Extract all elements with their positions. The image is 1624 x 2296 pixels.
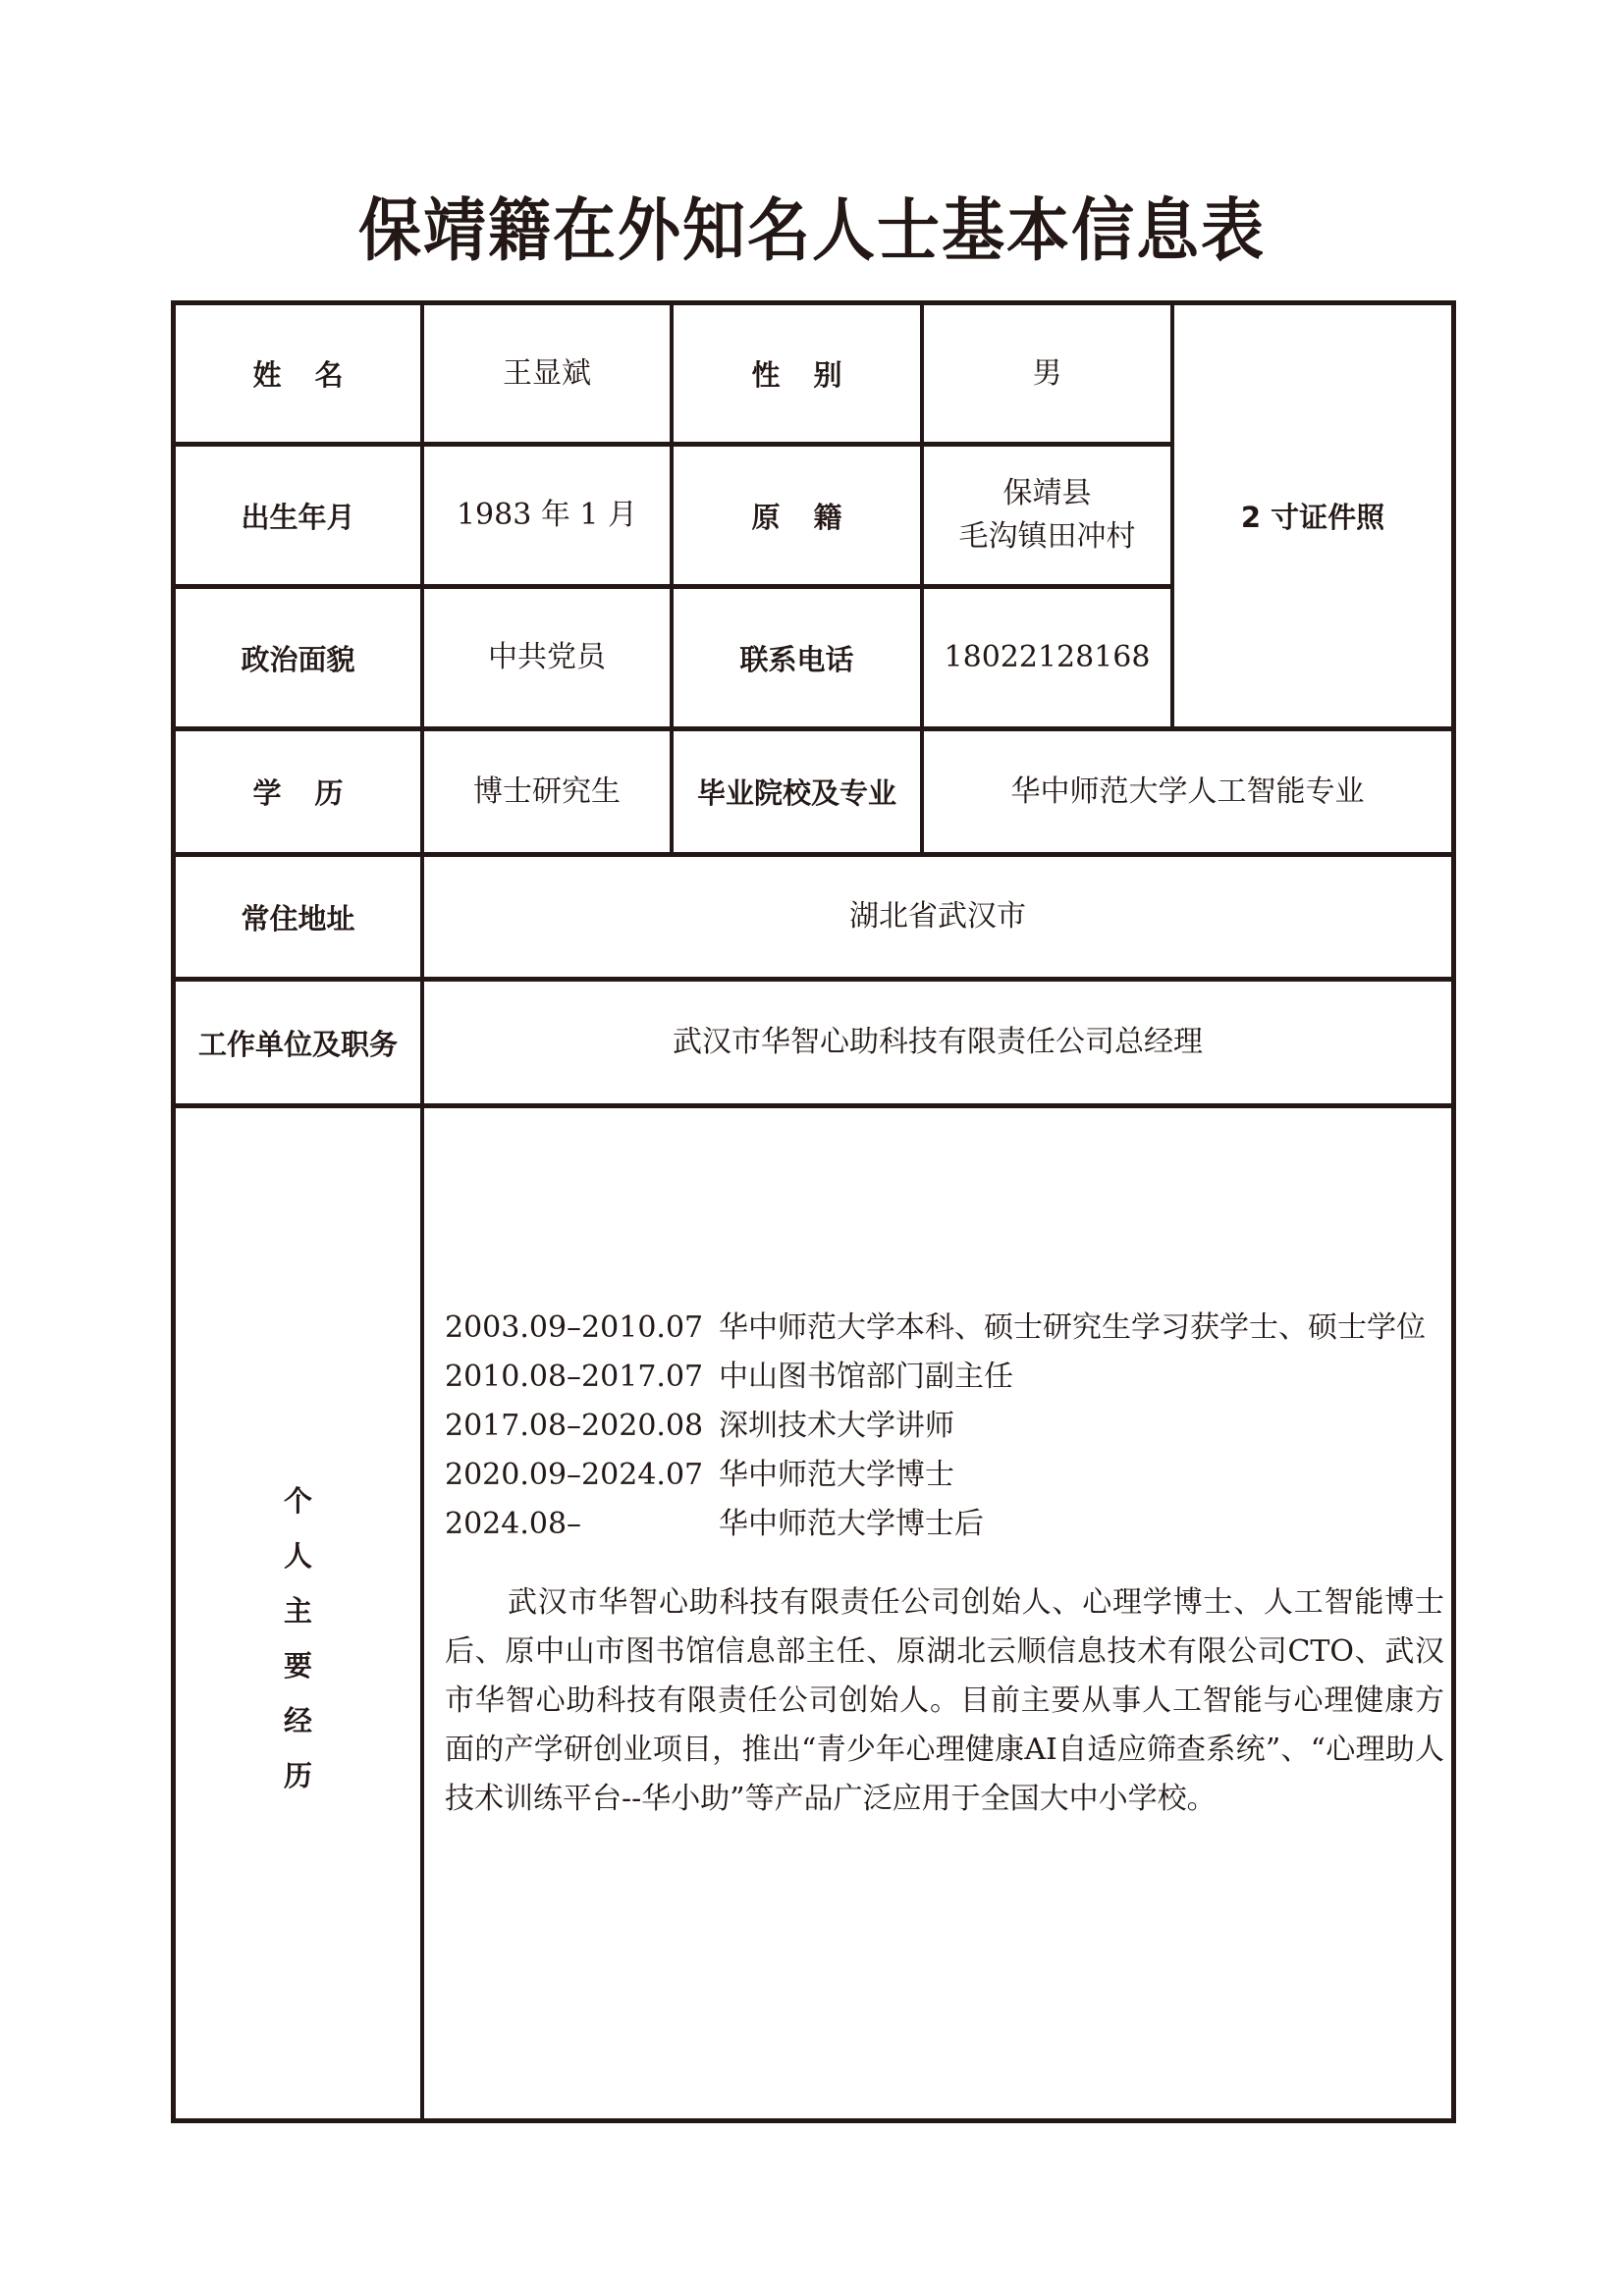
political-value-cell: 中共党员 [424,589,670,726]
political-label-cell: 政治面貌 [176,589,420,726]
origin-value-cell: 保靖县 毛沟镇田冲村 [924,447,1170,584]
school-value: 华中师范大学人工智能专业 [1011,771,1365,814]
origin-value-line1: 保靖县 [1003,472,1092,515]
gender-label-cell: 性别 [674,305,920,442]
experience-desc: 华中师范大学本科、硕士研究生学习获学士、硕士学位 [719,1304,1444,1353]
experience-entry: 2020.09–2024.07 华中师范大学博士 [445,1451,1444,1500]
education-label: 学历 [252,772,376,812]
birth-label: 出生年月 [241,496,354,536]
experience-date: 2010.08–2017.07 [445,1353,719,1402]
work-value-cell: 武汉市华智心助科技有限责任公司总经理 [424,982,1451,1103]
photo-placeholder: 2 寸证件照 [1241,496,1384,536]
page-title: 保靖籍在外知名人士基本信息表 [0,189,1624,274]
biography-paragraph: 武汉市华智心助科技有限责任公司创始人、心理学博士、人工智能博士后、原中山市图书馆… [445,1578,1444,1824]
phone-label: 联系电话 [739,638,853,678]
phone-value-cell: 18022128168 [924,589,1170,726]
phone-label-cell: 联系电话 [674,589,920,726]
phone-value: 18022128168 [945,636,1151,679]
experience-entry: 2003.09–2010.07 华中师范大学本科、硕士研究生学习获学士、硕士学位 [445,1304,1444,1353]
political-label: 政治面貌 [241,638,354,678]
name-label: 姓名 [252,353,376,394]
name-value: 王显斌 [503,352,591,396]
birth-value-cell: 1983 年 1 月 [424,447,670,584]
origin-label-cell: 原籍 [674,447,920,584]
experience-content: 2003.09–2010.07 华中师范大学本科、硕士研究生学习获学士、硕士学位… [445,1304,1444,1824]
experience-desc: 华中师范大学博士 [719,1451,1444,1500]
work-label: 工作单位及职务 [198,1023,398,1063]
school-value-cell: 华中师范大学人工智能专业 [924,731,1451,852]
experience-label-char: 个 [284,1473,312,1528]
work-value: 武汉市华智心助科技有限责任公司总经理 [673,1021,1203,1064]
experience-label-char: 经 [284,1693,312,1748]
education-value: 博士研究生 [473,771,621,814]
experience-date: 2024.08– [445,1500,719,1549]
experience-label-cell: 个 人 主 要 经 历 [176,1108,420,2118]
experience-date: 2020.09–2024.07 [445,1451,719,1500]
birth-value: 1983 年 1 月 [457,494,637,537]
birth-label-cell: 出生年月 [176,447,420,584]
address-value: 湖北省武汉市 [849,895,1026,938]
address-label: 常住地址 [241,897,354,937]
origin-label: 原籍 [751,496,875,536]
name-value-cell: 王显斌 [424,305,670,442]
name-label-cell: 姓名 [176,305,420,442]
political-value: 中共党员 [488,636,606,679]
work-label-cell: 工作单位及职务 [176,982,420,1103]
experience-label-char: 要 [284,1638,312,1693]
experience-entry: 2017.08–2020.08 深圳技术大学讲师 [445,1402,1444,1451]
experience-desc: 中山图书馆部门副主任 [719,1353,1444,1402]
experience-date: 2017.08–2020.08 [445,1402,719,1451]
gender-value: 男 [1033,352,1062,396]
address-label-cell: 常住地址 [176,857,420,977]
experience-label-char: 历 [284,1748,312,1803]
origin-value-line2: 毛沟镇田冲村 [959,515,1136,559]
experience-date: 2003.09–2010.07 [445,1304,719,1353]
experience-label-char: 主 [284,1583,312,1638]
education-value-cell: 博士研究生 [424,731,670,852]
school-label-cell: 毕业院校及专业 [674,731,920,852]
education-label-cell: 学历 [176,731,420,852]
experience-desc: 华中师范大学博士后 [719,1500,1444,1549]
address-value-cell: 湖北省武汉市 [424,857,1451,977]
experience-label-char: 人 [284,1528,312,1583]
photo-cell: 2 寸证件照 [1174,305,1451,726]
experience-desc: 深圳技术大学讲师 [719,1402,1444,1451]
experience-entry: 2010.08–2017.07 中山图书馆部门副主任 [445,1353,1444,1402]
gender-label: 性别 [751,353,875,394]
gender-value-cell: 男 [924,305,1170,442]
experience-entry: 2024.08– 华中师范大学博士后 [445,1500,1444,1549]
school-label: 毕业院校及专业 [697,772,896,812]
